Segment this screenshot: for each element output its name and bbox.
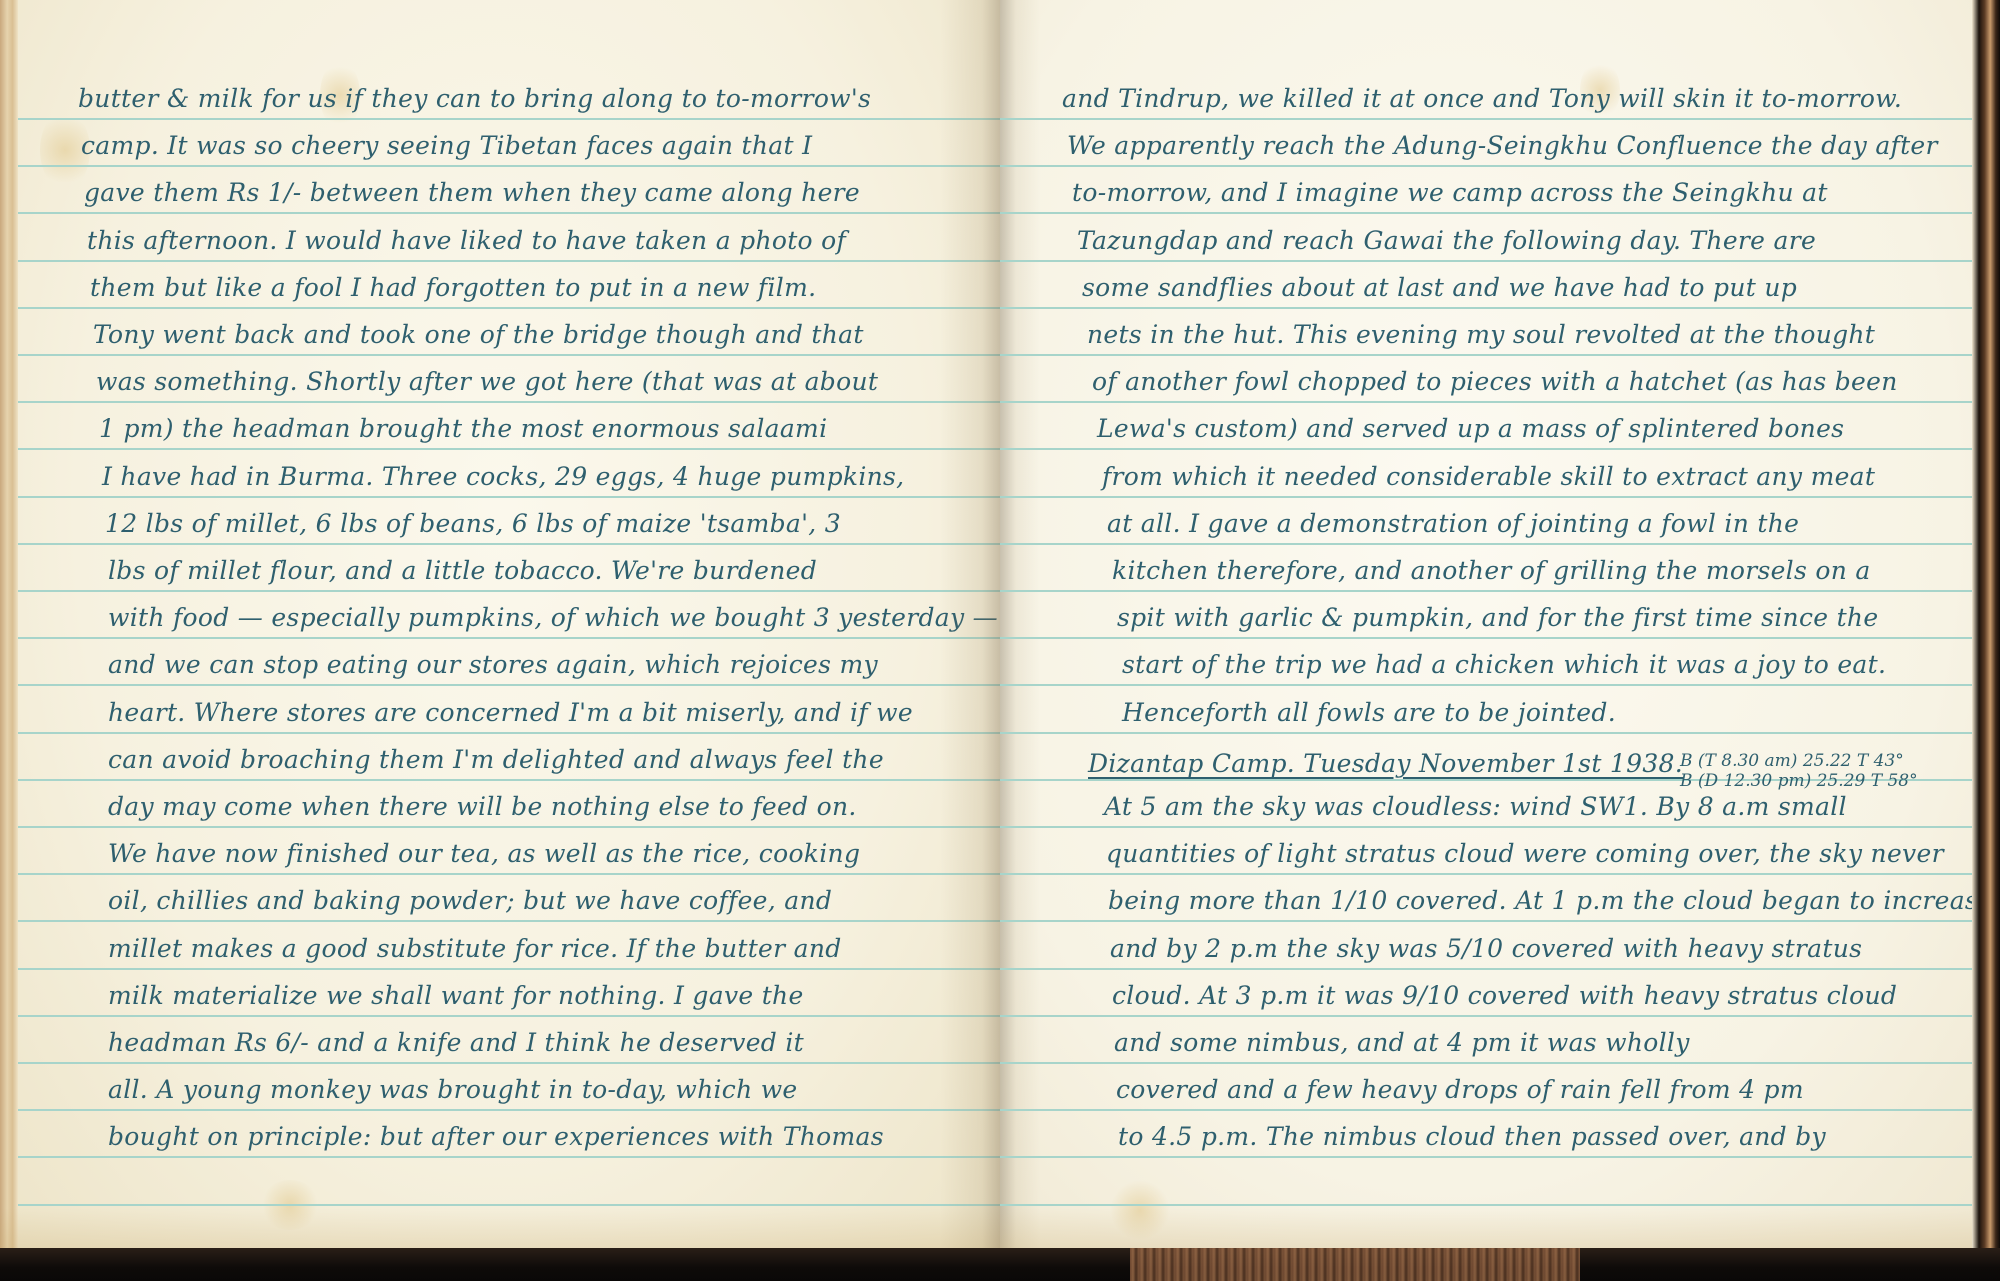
ruled-line <box>1000 354 1972 356</box>
ruled-line <box>1000 873 1972 875</box>
ruled-line <box>1000 968 1972 970</box>
handwritten-line: Lewa's custom) and served up a mass of s… <box>1097 414 1844 443</box>
binding-edge <box>0 0 18 1248</box>
ruled-line <box>18 496 1000 498</box>
ruled-line <box>1000 401 1972 403</box>
ruled-line <box>18 307 1000 309</box>
notebook-cover-edge <box>1972 0 2000 1248</box>
handwritten-line: being more than 1/10 covered. At 1 p.m t… <box>1108 886 1993 915</box>
left-page: butter & milk for us if they can to brin… <box>0 0 1000 1248</box>
page-bottom-stain <box>1000 1208 2000 1248</box>
ruled-line <box>18 1109 1000 1111</box>
handwritten-line: headman Rs 6/- and a knife and I think h… <box>108 1028 804 1057</box>
barometer-reading: B (D 12.30 pm) 25.29 T 58° <box>1680 771 1918 791</box>
handwritten-line: from which it needed considerable skill … <box>1102 462 1875 491</box>
handwritten-line: Tazungdap and reach Gawai the following … <box>1077 226 1816 255</box>
diary-spread: butter & milk for us if they can to brin… <box>0 0 2000 1281</box>
ruled-line <box>18 732 1000 734</box>
handwritten-line: this afternoon. I would have liked to ha… <box>87 226 846 255</box>
ruled-line <box>1000 118 1972 120</box>
handwritten-line: of another fowl chopped to pieces with a… <box>1092 367 1898 396</box>
handwritten-line: quantities of light stratus cloud were c… <box>1106 839 1944 868</box>
handwritten-line: Tony went back and took one of the bridg… <box>93 320 864 349</box>
handwritten-line: can avoid broaching them I'm delighted a… <box>108 745 884 774</box>
ruled-line <box>1000 826 1972 828</box>
handwritten-line: At 5 am the sky was cloudless: wind SW1.… <box>1104 792 1847 821</box>
ruled-line <box>1000 212 1972 214</box>
ruled-line <box>1000 1109 1972 1111</box>
handwritten-line: covered and a few heavy drops of rain fe… <box>1116 1075 1804 1104</box>
ruled-line <box>1000 496 1972 498</box>
handwritten-line: I have had in Burma. Three cocks, 29 egg… <box>102 462 904 491</box>
ruled-line <box>18 590 1000 592</box>
barometer-readings: B (T 8.30 am) 25.22 T 43° B (D 12.30 pm)… <box>1680 751 1918 791</box>
ruled-line <box>1000 684 1972 686</box>
ruled-line <box>1000 1015 1972 1017</box>
ruled-line <box>18 637 1000 639</box>
ruled-line <box>18 826 1000 828</box>
handwritten-line: bought on principle: but after our exper… <box>108 1122 884 1151</box>
handwritten-line: was something. Shortly after we got here… <box>96 367 878 396</box>
page-edges <box>1130 1248 1580 1281</box>
handwritten-line: them but like a fool I had forgotten to … <box>90 273 816 302</box>
ruled-line <box>1000 307 1972 309</box>
handwritten-line: day may come when there will be nothing … <box>108 792 857 821</box>
handwritten-line: We apparently reach the Adung-Seingkhu C… <box>1067 131 1938 160</box>
handwritten-line: butter & milk for us if they can to brin… <box>78 84 871 113</box>
handwritten-line: gave them Rs 1/- between them when they … <box>84 178 860 207</box>
handwritten-line: millet makes a good substitute for rice.… <box>108 934 842 963</box>
handwritten-line: Henceforth all fowls are to be jointed. <box>1122 698 1616 727</box>
gutter-shadow <box>1000 0 1040 1248</box>
ruled-line <box>1000 920 1972 922</box>
ruled-line <box>18 1015 1000 1017</box>
entry-heading: Dizantap Camp. Tuesday November 1st 1938… <box>1088 749 1683 778</box>
ruled-line <box>18 779 1000 781</box>
background-edge <box>0 1248 2000 1281</box>
ruled-line <box>1000 260 1972 262</box>
handwritten-line: oil, chillies and baking powder; but we … <box>108 886 832 915</box>
gutter-shadow <box>940 0 1000 1248</box>
handwritten-line: and we can stop eating our stores again,… <box>108 650 878 679</box>
handwritten-line: milk materialize we shall want for nothi… <box>108 981 804 1010</box>
handwritten-line: start of the trip we had a chicken which… <box>1122 650 1886 679</box>
page-bottom-stain <box>0 1208 1000 1248</box>
barometer-reading: B (T 8.30 am) 25.22 T 43° <box>1680 751 1918 771</box>
right-page: and Tindrup, we killed it at once and To… <box>1000 0 2000 1248</box>
ruled-line <box>18 354 1000 356</box>
ruled-line <box>18 1204 1000 1206</box>
ruled-line <box>18 873 1000 875</box>
ruled-line <box>18 543 1000 545</box>
ruled-line <box>18 401 1000 403</box>
handwritten-line: camp. It was so cheery seeing Tibetan fa… <box>81 131 812 160</box>
handwritten-line: at all. I gave a demonstration of jointi… <box>1107 509 1799 538</box>
handwritten-line: to 4.5 p.m. The nimbus cloud then passed… <box>1118 1122 1826 1151</box>
handwritten-line: and Tindrup, we killed it at once and To… <box>1062 84 1902 113</box>
ruled-line <box>1000 165 1972 167</box>
ruled-line <box>18 1156 1000 1158</box>
ruled-line <box>1000 732 1972 734</box>
handwritten-line: with food — especially pumpkins, of whic… <box>108 603 998 632</box>
ruled-line <box>1000 448 1972 450</box>
ruled-line <box>1000 1062 1972 1064</box>
ruled-line <box>18 968 1000 970</box>
ruled-line <box>18 684 1000 686</box>
ruled-line <box>18 260 1000 262</box>
ruled-line <box>18 165 1000 167</box>
handwritten-line: all. A young monkey was brought in to-da… <box>108 1075 798 1104</box>
handwritten-line: 12 lbs of millet, 6 lbs of beans, 6 lbs … <box>105 509 841 538</box>
handwritten-line: cloud. At 3 p.m it was 9/10 covered with… <box>1112 981 1897 1010</box>
handwritten-line: and some nimbus, and at 4 pm it was whol… <box>1114 1028 1690 1057</box>
handwritten-line: spit with garlic & pumpkin, and for the … <box>1117 603 1878 632</box>
ruled-line <box>1000 1156 1972 1158</box>
handwritten-line: We have now finished our tea, as well as… <box>108 839 860 868</box>
ruled-line <box>18 920 1000 922</box>
ruled-line <box>1000 1204 1972 1206</box>
ruled-line <box>18 118 1000 120</box>
handwritten-line: 1 pm) the headman brought the most enorm… <box>99 414 827 443</box>
handwritten-line: kitchen therefore, and another of grilli… <box>1112 556 1871 585</box>
ruled-line <box>1000 637 1972 639</box>
ruled-line <box>1000 590 1972 592</box>
ruled-line <box>18 448 1000 450</box>
handwritten-line: nets in the hut. This evening my soul re… <box>1087 320 1875 349</box>
ruled-line <box>1000 543 1972 545</box>
handwritten-line: to-morrow, and I imagine we camp across … <box>1072 178 1828 207</box>
ruled-line <box>18 1062 1000 1064</box>
handwritten-line: heart. Where stores are concerned I'm a … <box>108 698 913 727</box>
handwritten-line: lbs of millet flour, and a little tobacc… <box>108 556 817 585</box>
handwritten-line: some sandflies about at last and we have… <box>1082 273 1797 302</box>
handwritten-line: and by 2 p.m the sky was 5/10 covered wi… <box>1110 934 1862 963</box>
ruled-line <box>18 212 1000 214</box>
